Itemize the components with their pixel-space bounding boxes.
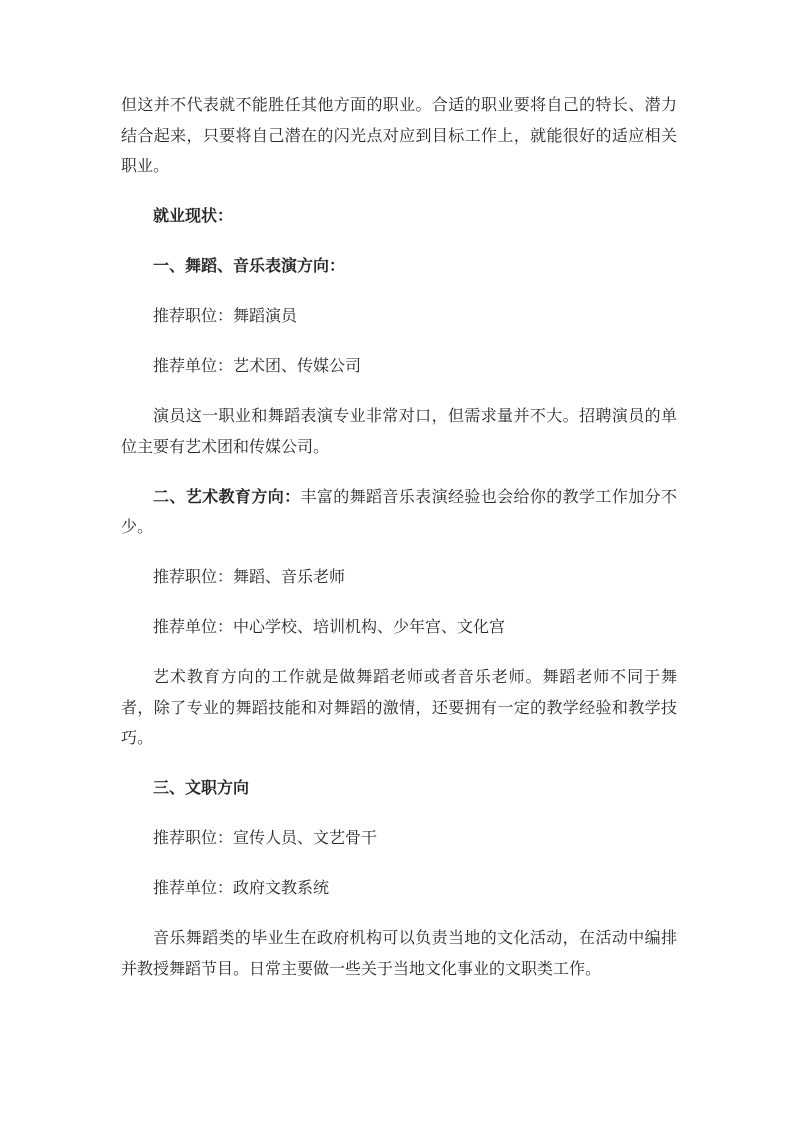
recommended-employer-3: 推荐单位：政府文教系统 — [121, 874, 677, 905]
recommended-employer-1-run-0: 推荐单位：艺术团、传媒公司 — [153, 358, 361, 375]
recommended-employer-3-run-0: 推荐单位：政府文教系统 — [153, 880, 329, 897]
recommended-position-2: 推荐职位：舞蹈、音乐老师 — [121, 563, 677, 594]
description-direction-1: 演员这一职业和舞蹈表演专业非常对口，但需求量并不大。招聘演员的单位主要有艺术团和… — [121, 402, 677, 463]
heading-direction-3-civilian-work: 三、文职方向 — [121, 774, 677, 805]
heading-direction-2-art-education-run-0: 二、艺术教育方向： — [153, 489, 300, 506]
recommended-employer-2-run-0: 推荐单位：中心学校、培训机构、少年宫、文化宫 — [153, 619, 505, 636]
document-page: 但这并不代表就不能胜任其他方面的职业。合适的职业要将自己的特长、潜力结合起来，只… — [0, 0, 800, 1131]
heading-direction-1-performance: 一、舞蹈、音乐表演方向： — [121, 252, 677, 283]
recommended-position-2-run-0: 推荐职位：舞蹈、音乐老师 — [153, 569, 345, 586]
recommended-employer-1: 推荐单位：艺术团、传媒公司 — [121, 352, 677, 383]
description-direction-2: 艺术教育方向的工作就是做舞蹈老师或者音乐老师。舞蹈老师不同于舞者，除了专业的舞蹈… — [121, 663, 677, 755]
heading-direction-3-civilian-work-run-0: 三、文职方向 — [153, 780, 249, 797]
description-direction-2-run-0: 艺术教育方向的工作就是做舞蹈老师或者音乐老师。舞蹈老师不同于舞者，除了专业的舞蹈… — [121, 669, 677, 747]
recommended-position-1-run-0: 推荐职位：舞蹈演员 — [153, 308, 297, 325]
intro-continuation-paragraph-run-0: 但这并不代表就不能胜任其他方面的职业。合适的职业要将自己的特长、潜力结合起来，只… — [121, 97, 677, 175]
heading-employment-status-run-0: 就业现状： — [153, 208, 233, 225]
recommended-position-3-run-0: 推荐职位：宣传人员、文艺骨干 — [153, 830, 377, 847]
recommended-position-3: 推荐职位：宣传人员、文艺骨干 — [121, 824, 677, 855]
heading-employment-status: 就业现状： — [121, 202, 677, 233]
description-direction-3: 音乐舞蹈类的毕业生在政府机构可以负责当地的文化活动，在活动中编排并教授舞蹈节目。… — [121, 924, 677, 985]
recommended-position-1: 推荐职位：舞蹈演员 — [121, 302, 677, 333]
intro-continuation-paragraph: 但这并不代表就不能胜任其他方面的职业。合适的职业要将自己的特长、潜力结合起来，只… — [121, 91, 677, 183]
description-direction-1-run-0: 演员这一职业和舞蹈表演专业非常对口，但需求量并不大。招聘演员的单位主要有艺术团和… — [121, 408, 677, 456]
document-text-body: 但这并不代表就不能胜任其他方面的职业。合适的职业要将自己的特长、潜力结合起来，只… — [121, 91, 677, 1005]
heading-direction-2-art-education: 二、艺术教育方向：丰富的舞蹈音乐表演经验也会给你的教学工作加分不少。 — [121, 483, 677, 544]
description-direction-3-run-0: 音乐舞蹈类的毕业生在政府机构可以负责当地的文化活动，在活动中编排并教授舞蹈节目。… — [121, 930, 677, 978]
recommended-employer-2: 推荐单位：中心学校、培训机构、少年宫、文化宫 — [121, 613, 677, 644]
heading-direction-1-performance-run-0: 一、舞蹈、音乐表演方向： — [153, 258, 345, 275]
